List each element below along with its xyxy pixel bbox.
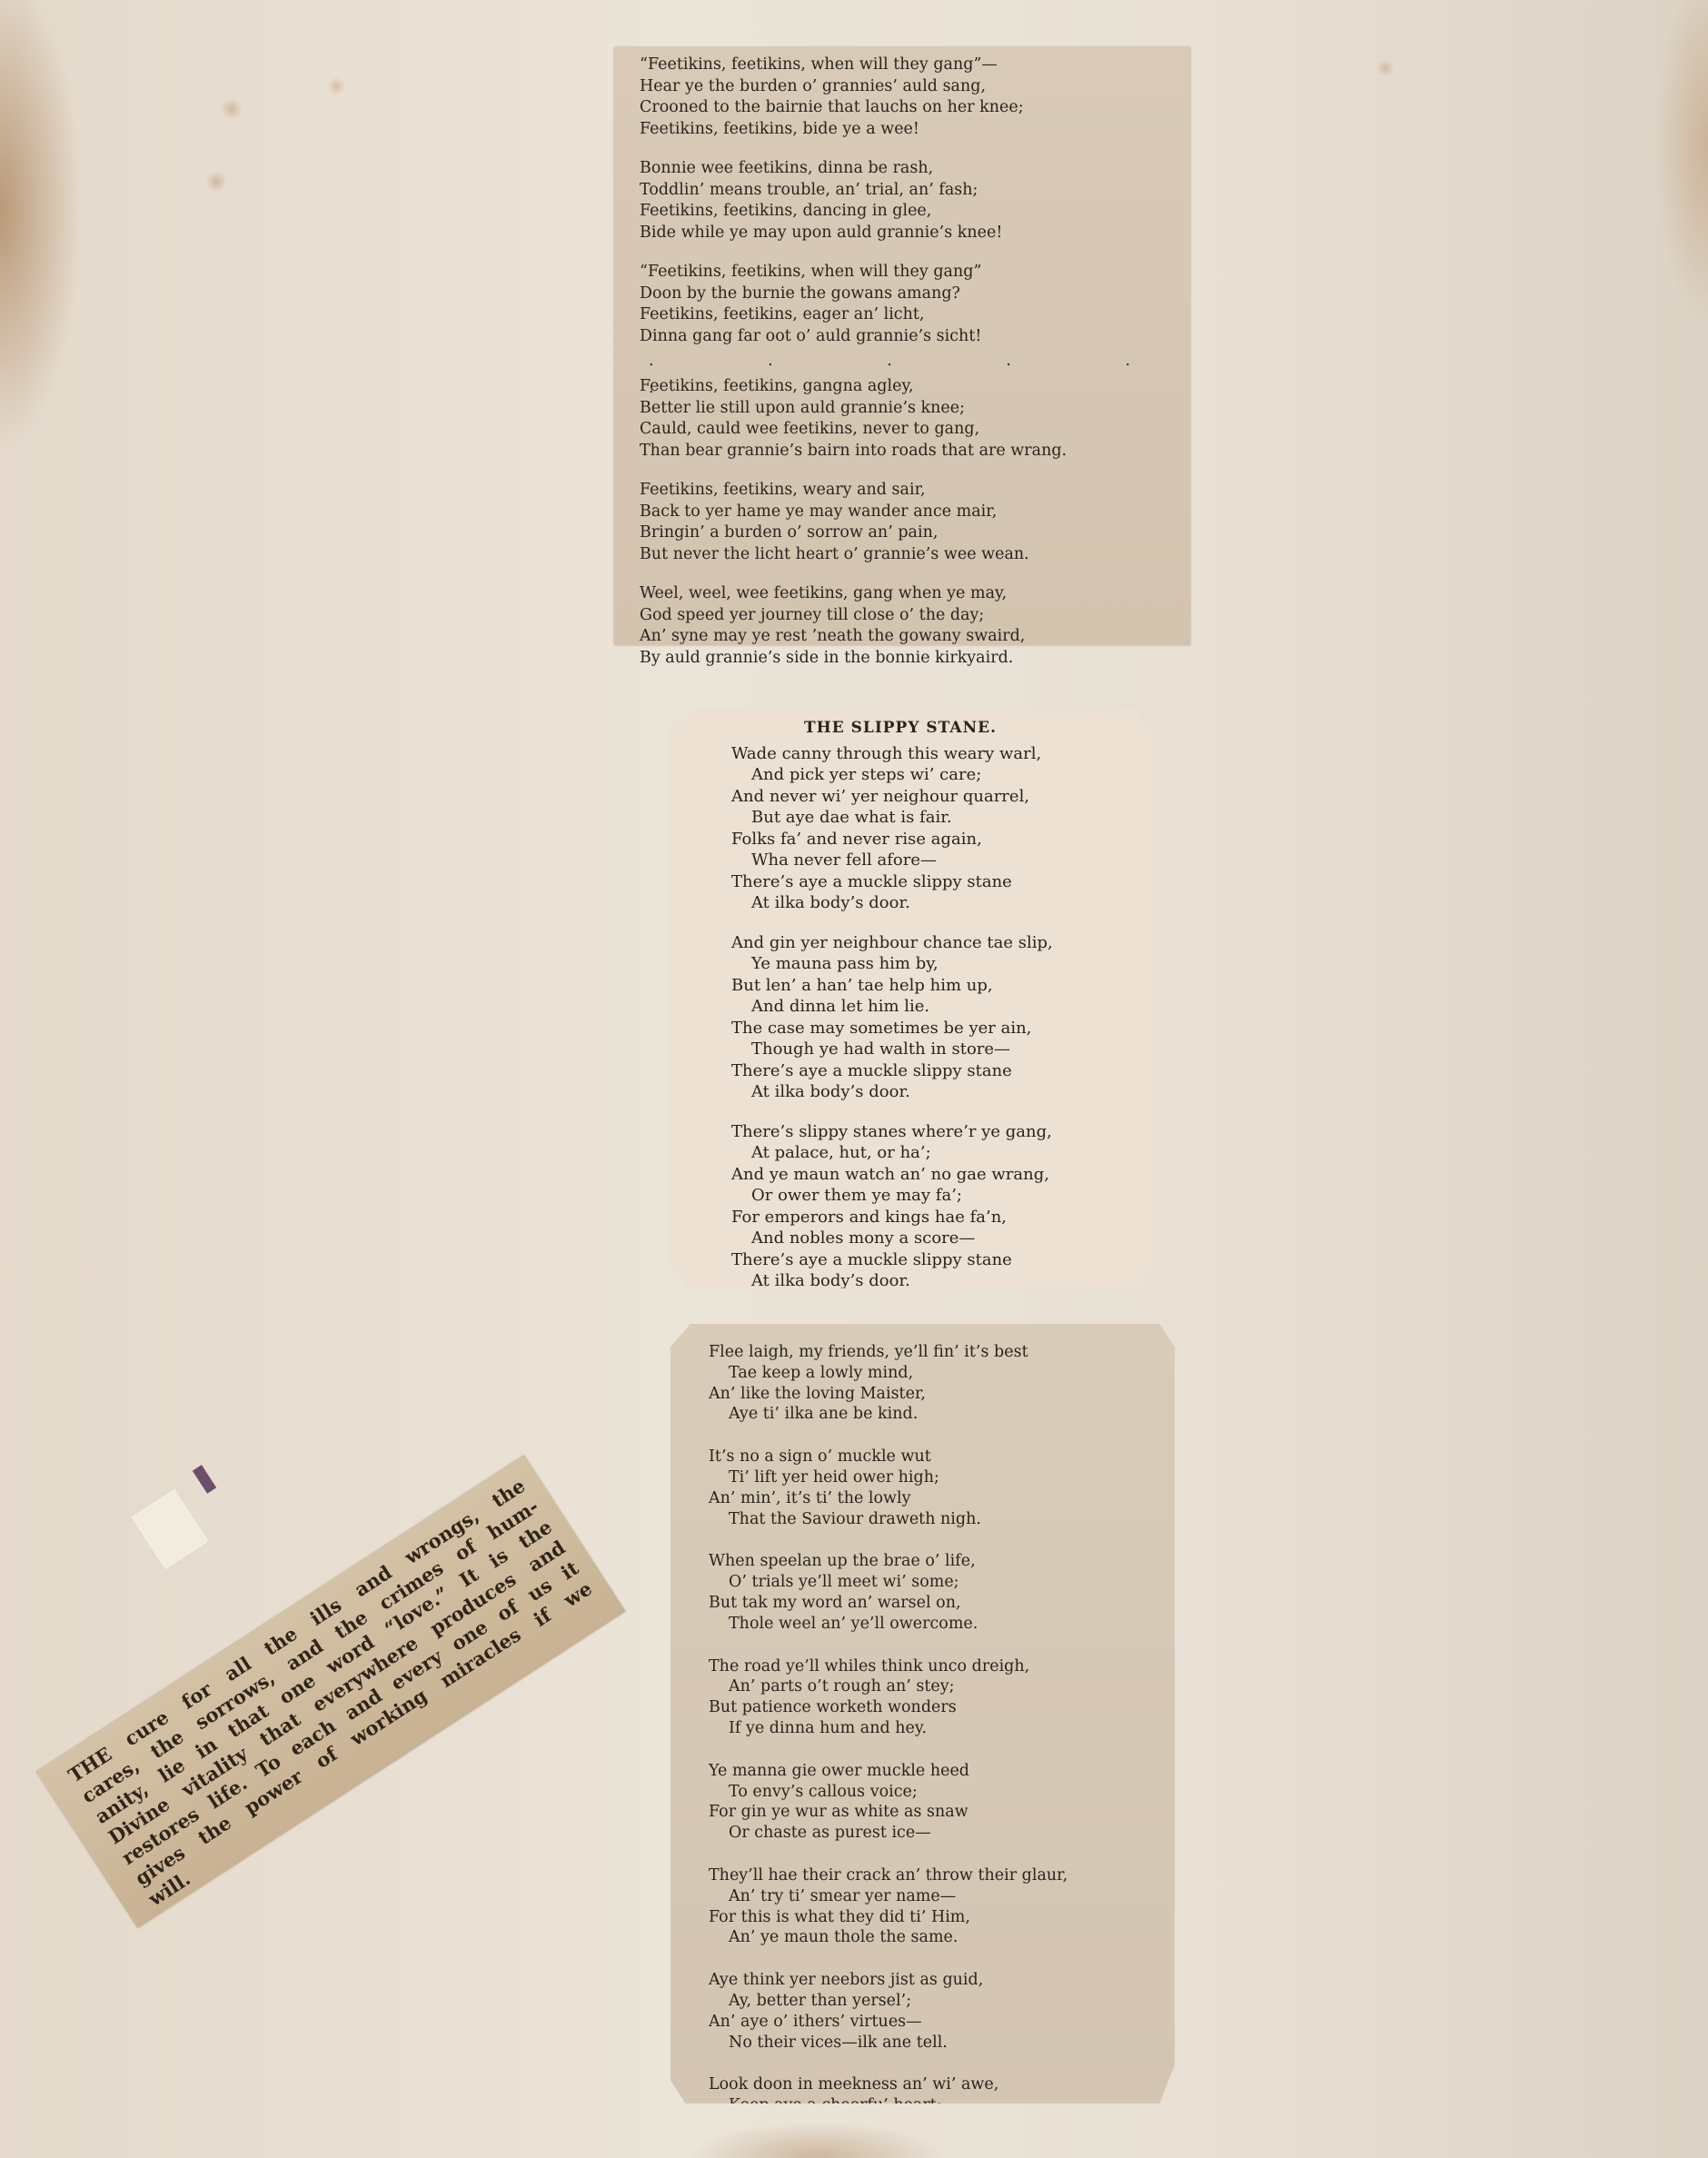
verse-line: By auld grannie’s side in the bonnie kir… [640, 648, 1190, 670]
verse-line: And dinna let him lie. [731, 996, 1154, 1018]
verse-line: And gin yer neighbour chance tae slip, [731, 932, 1154, 954]
stanza: Wade canny through this weary warl, And … [731, 743, 1154, 914]
verse-line: Bide while ye may upon auld grannie’s kn… [640, 223, 1190, 244]
verse-line: Feetikins, feetikins, bide ye a wee! [640, 119, 1190, 141]
stanza: The road ye’ll whiles think unco dreigh,… [709, 1656, 1175, 1739]
verse-line: An’ parts o’t rough an’ stey; [709, 1676, 1175, 1697]
verse-line: Look doon in meekness an’ wi’ awe, [709, 2074, 1175, 2095]
verse-line: Doon by the burnie the gowans amang? [640, 283, 1190, 305]
verse-line: Aye think yer neebors jist as guid, [709, 1970, 1175, 1991]
verse-line: For emperors and kings hae fa’n, [731, 1207, 1154, 1228]
verse-line: An’ try ti’ smear yer name— [709, 1886, 1175, 1907]
stanza: Feetikins, feetikins, weary and sair, Ba… [640, 480, 1190, 565]
verse-line: Thole weel an’ ye’ll owercome. [709, 1614, 1175, 1635]
verse-line: The case may sometimes be yer ain, [731, 1018, 1154, 1039]
verse-line: There’s aye a muckle slippy stane [731, 871, 1154, 893]
verse-line: Toddlin’ means trouble, an’ trial, an’ f… [640, 180, 1190, 202]
ellipsis-separator: . . . . . . [640, 347, 1190, 374]
verse-line: An’ syne may ye rest ’neath the gowany s… [640, 626, 1190, 648]
verse-line: And ye maun watch an’ no gae wrang, [731, 1164, 1154, 1186]
verse-line: Cauld, cauld wee feetikins, never to gan… [640, 419, 1190, 441]
stanza: Flee laigh, my friends, ye’ll fin’ it’s … [709, 1342, 1175, 1425]
verse-line: Back to yer hame ye may wander ance mair… [640, 502, 1190, 523]
verse-line: They’ll hae their crack an’ throw their … [709, 1865, 1175, 1886]
verse-line: Ye mauna pass him by, [731, 953, 1154, 975]
verse-line: “Feetikins, feetikins, when will they ga… [640, 262, 1190, 283]
verse-line: Dinna gang far oot o’ auld grannie’s sic… [640, 326, 1190, 348]
verse-line: Weel, weel, wee feetikins, gang when ye … [640, 583, 1190, 605]
verse-line: O’ trials ye’ll meet wi’ some; [709, 1572, 1175, 1593]
verse-line: To envy’s callous voice; [709, 1782, 1175, 1803]
verse-line: Feetikins, feetikins, eager an’ licht, [640, 304, 1190, 326]
verse-line: When speelan up the brae o’ life, [709, 1551, 1175, 1572]
stanza: Bonnie wee feetikins, dinna be rash, Tod… [640, 158, 1190, 244]
stanza: When speelan up the brae o’ life, O’ tri… [709, 1551, 1175, 1634]
verse-line: Aye ti’ ilka ane be kind. [709, 1404, 1175, 1425]
verse-line: For gin ye wur as white as snaw [709, 1802, 1175, 1823]
verse-line: Bringin’ a burden o’ sorrow an’ pain, [640, 522, 1190, 544]
stanza: It’s no a sign o’ muckle wut Ti’ lift ye… [709, 1447, 1175, 1529]
verse-line: Bonnie wee feetikins, dinna be rash, [640, 158, 1190, 180]
verse-line: Wha never fell afore— [731, 850, 1154, 871]
clipping-flee-laigh-poem: Flee laigh, my friends, ye’ll fin’ it’s … [670, 1324, 1175, 2103]
verse-line: An’ aye o’ ithers’ virtues— [709, 2012, 1175, 2033]
verse-line: Though ye had walth in store— [731, 1039, 1154, 1060]
verse-line: At ilka body’s door. [731, 892, 1154, 914]
verse-line: Folks fa’ and never rise again, [731, 829, 1154, 850]
verse-line: Tae keep a lowly mind, [709, 1363, 1175, 1384]
verse-line: No their vices—ilk ane tell. [709, 2033, 1175, 2054]
stanza: “Feetikins, feetikins, when will they ga… [640, 262, 1190, 347]
verse-line: An’ like the loving Maister, [709, 1384, 1175, 1405]
verse-line: But len’ a han’ tae help him up, [731, 975, 1154, 997]
stanza: Feetikins, feetikins, gangna agley, Bett… [640, 376, 1190, 462]
stanza: They’ll hae their crack an’ throw their … [709, 1865, 1175, 1948]
stanza: Aye think yer neebors jist as guid, Ay, … [709, 1970, 1175, 2053]
verse-line: Ye manna gie ower muckle heed [709, 1761, 1175, 1782]
verse-line: The road ye’ll whiles think unco dreigh, [709, 1656, 1175, 1677]
verse-line: Or chaste as purest ice— [709, 1823, 1175, 1844]
verse-line: It’s no a sign o’ muckle wut [709, 1447, 1175, 1467]
stanza: Weel, weel, wee feetikins, gang when ye … [640, 583, 1190, 669]
stanza: And gin yer neighbour chance tae slip, Y… [731, 932, 1154, 1103]
verse-line: And pick yer steps wi’ care; [731, 764, 1154, 786]
verse-line: But tak my word an’ warsel on, [709, 1593, 1175, 1614]
verse-line: An’ ye maun thole the same. [709, 1927, 1175, 1948]
verse-line: “Feetikins, feetikins, when will they ga… [640, 55, 1190, 76]
verse-line: And never wi’ yer neighour quarrel, [731, 786, 1154, 808]
verse-line: Ti’ lift yer heid ower high; [709, 1467, 1175, 1488]
verse-line: Better lie still upon auld grannie’s kne… [640, 398, 1190, 420]
verse-line: Wade canny through this weary warl, [731, 743, 1154, 765]
verse-line: There’s slippy stanes where’r ye gang, [731, 1121, 1154, 1143]
verse-line: Crooned to the bairnie that lauchs on he… [640, 97, 1190, 119]
verse-line: Or ower them ye may fa’; [731, 1185, 1154, 1207]
verse-line: But patience worketh wonders [709, 1697, 1175, 1718]
verse-line: God speed yer journey till close o’ the … [640, 605, 1190, 627]
clipping-feetikins-poem: “Feetikins, feetikins, when will they ga… [614, 47, 1190, 645]
verse-line: At ilka body’s door. [731, 1081, 1154, 1103]
verse-line: Feetikins, feetikins, gangna agley, [640, 376, 1190, 398]
verse-line: At ilka body’s door. [731, 1270, 1154, 1292]
verse-line: But aye dae what is fair. [731, 807, 1154, 829]
verse-line: Than bear grannie’s bairn into roads tha… [640, 441, 1190, 462]
verse-line: An’ min’, it’s ti’ the lowly [709, 1488, 1175, 1509]
verse-line: Feetikins, feetikins, dancing in glee, [640, 201, 1190, 223]
stanza: “Feetikins, feetikins, when will they ga… [640, 55, 1190, 140]
verse-line: For this is what they did ti’ Him, [709, 1907, 1175, 1928]
poem-title: THE SLIPPY STANE. [731, 718, 1154, 740]
stanza: There’s slippy stanes where’r ye gang, A… [731, 1121, 1154, 1292]
verse-line: But never the licht heart o’ grannie’s w… [640, 544, 1190, 566]
verse-line: That the Saviour draweth nigh. [709, 1509, 1175, 1530]
verse-line: There’s aye a muckle slippy stane [731, 1249, 1154, 1271]
verse-line: Hear ye the burden o’ grannies’ auld san… [640, 76, 1190, 98]
verse-line: There’s aye a muckle slippy stane [731, 1060, 1154, 1082]
verse-line: At palace, hut, or ha’; [731, 1142, 1154, 1164]
verse-line: Flee laigh, my friends, ye’ll fin’ it’s … [709, 1342, 1175, 1363]
verse-line: Feetikins, feetikins, weary and sair, [640, 480, 1190, 502]
stanza: Ye manna gie ower muckle heed To envy’s … [709, 1761, 1175, 1844]
verse-line: And nobles mony a score— [731, 1228, 1154, 1249]
verse-line: If ye dinna hum and hey. [709, 1718, 1175, 1739]
clipping-slippy-stane-poem: THE SLIPPY STANE. Wade canny through thi… [668, 709, 1154, 1288]
verse-line: Ay, better than yersel’; [709, 1991, 1175, 2012]
